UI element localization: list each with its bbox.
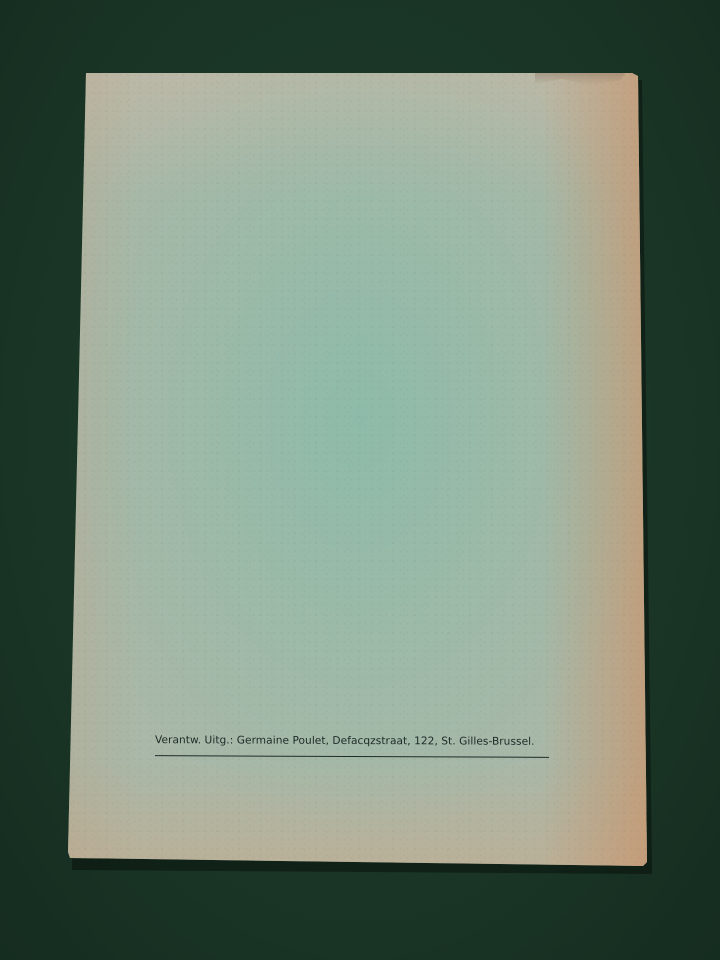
document-back-cover (0, 0, 720, 960)
publisher-imprint: Verantw. Uitg.: Germaine Poulet, Defacqz… (155, 733, 549, 758)
imprint-text: Verantw. Uitg.: Germaine Poulet, Defacqz… (155, 733, 549, 749)
